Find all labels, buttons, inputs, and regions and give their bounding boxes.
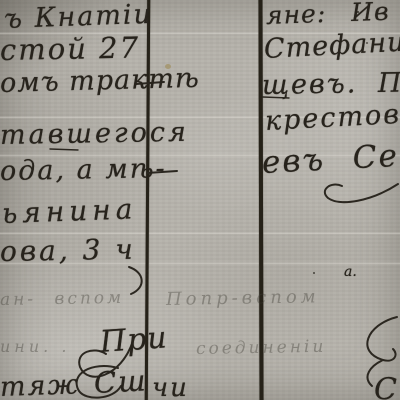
signature-underline-swash	[325, 184, 398, 202]
faint-handwriting-fragment: соединеніи	[196, 339, 327, 358]
handwriting-line: крестов	[264, 101, 400, 135]
handwriting-fragment: При	[99, 323, 169, 358]
handwriting-fragment: чи	[152, 375, 189, 400]
handwriting-line: щевъ. П	[262, 70, 400, 99]
reverse-c-flourish	[129, 267, 142, 294]
manuscript-page: ъ Кнатіи стой 27 омъ трактѣ тавшегося од…	[0, 0, 400, 400]
handwriting-line: ода, а мѣ-	[0, 155, 167, 185]
handwriting-fragment: тяж	[0, 371, 81, 400]
handwriting-line: ъ Кнатіи	[4, 1, 154, 33]
handwriting-line: евъ Се	[261, 141, 399, 179]
faint-handwriting-fragment: Попр-вспом	[166, 288, 320, 309]
handwriting-line: ьянина	[2, 195, 138, 228]
faint-handwriting-fragment: ан- вспом	[0, 290, 124, 309]
handwriting-line: стой 27	[0, 34, 140, 65]
faint-handwriting-fragment: ини. .	[0, 339, 70, 355]
handwriting-fragment: Сш	[93, 366, 148, 398]
handwriting-line: ова, 3 ч	[0, 236, 136, 266]
handwriting-line: тавшегося	[0, 119, 189, 149]
handwriting-line: Стефани	[263, 29, 400, 63]
capital-e-flourish	[367, 317, 397, 361]
handwriting-line: омъ трактѣ	[0, 65, 200, 97]
handwriting-fragment: С	[374, 375, 397, 400]
handwriting-line: яне: Ив	[266, 0, 390, 28]
ink-speck	[313, 272, 315, 274]
handwriting-mark: а.	[344, 265, 357, 279]
